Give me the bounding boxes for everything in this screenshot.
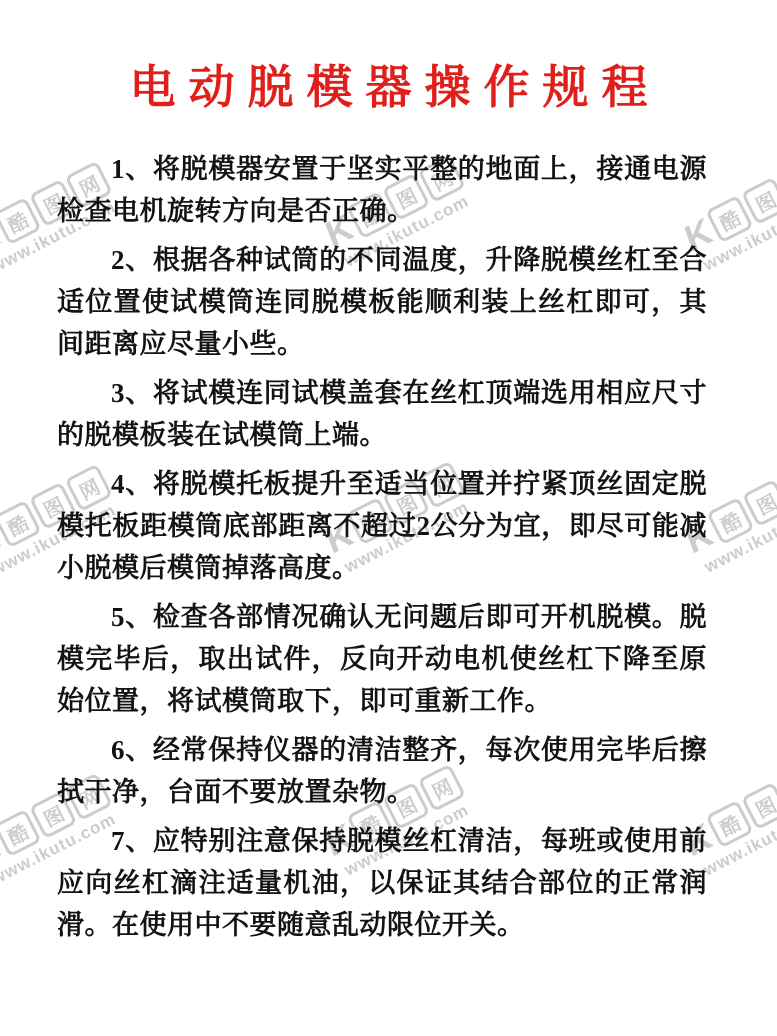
paragraph: 4、将脱模托板提升至适当位置并拧紧顶丝固定脱模托板距模筒底部距离不超过2公分为宜… (57, 463, 707, 589)
document-content: 电动脱模器操作规程 1、将脱模器安置于坚实平整的地面上，接通电源检查电机旋转方向… (0, 0, 777, 1036)
paragraph: 7、应特别注意保持脱模丝杠清洁，每班或使用前应向丝杠滴注适量机油，以保证其结合部… (57, 820, 707, 946)
paragraph: 6、经常保持仪器的清洁整齐，每次使用完毕后擦拭干净，台面不要放置杂物。 (57, 729, 707, 813)
paragraph: 5、检查各部情况确认无问题后即可开机脱模。脱模完毕后，取出试件，反向开动电机使丝… (57, 596, 707, 722)
paragraph: 3、将试模连同试模盖套在丝杠顶端选用相应尺寸的脱模板装在试模筒上端。 (57, 372, 707, 456)
document-page: K 酷 图 网 www.ikutu.com K 酷 图 网 www.ikutu.… (0, 0, 777, 1036)
page-title: 电动脱模器操作规程 (0, 62, 777, 114)
paragraph: 1、将脱模器安置于坚实平整的地面上，接通电源检查电机旋转方向是否正确。 (57, 148, 707, 232)
paragraph: 2、根据各种试筒的不同温度，升降脱模丝杠至合适位置使试模筒连同脱模板能顺利装上丝… (57, 239, 707, 365)
document-body: 1、将脱模器安置于坚实平整的地面上，接通电源检查电机旋转方向是否正确。2、根据各… (57, 148, 707, 953)
